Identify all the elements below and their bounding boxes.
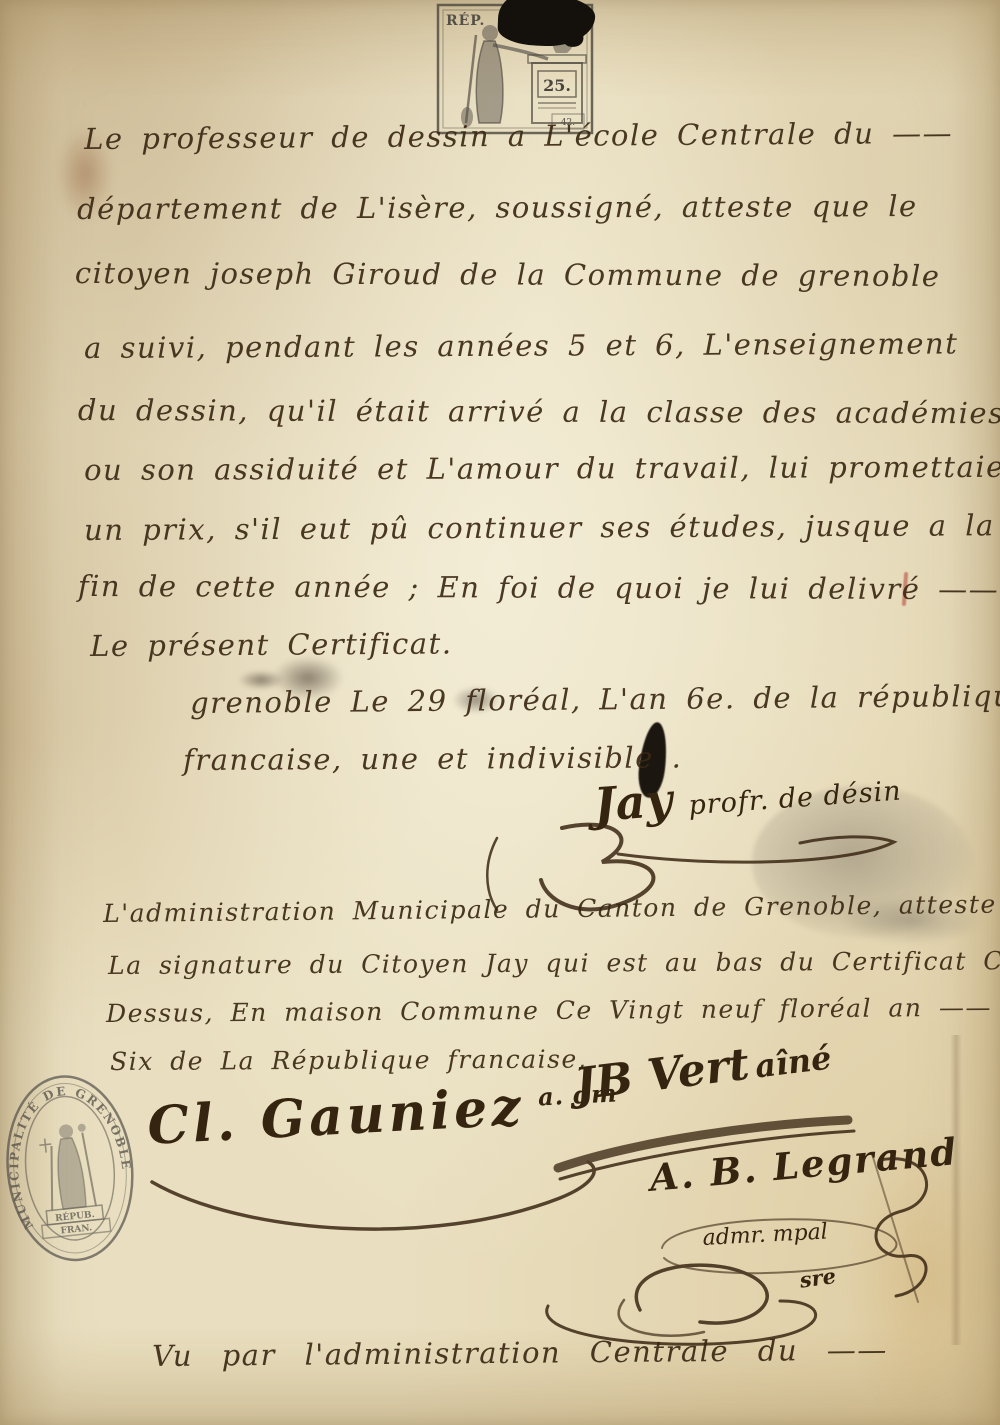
- stamp-header-text: RÉP.: [446, 11, 485, 29]
- gauniez-signature-name: Cl. Gauniez: [146, 1076, 526, 1157]
- manuscript-line-7: un prix, s'il eut pû continuer ses étude…: [84, 508, 995, 547]
- secretary-signature-suffix: sre: [798, 1263, 837, 1293]
- manuscript-line-15: Six de La République francaise,: [110, 1045, 587, 1076]
- manuscript-line-3: citoyen joseph Giroud de la Commune de g…: [75, 256, 941, 293]
- seal-pedestal-text-1: RÉPUB.: [55, 1208, 96, 1224]
- manuscript-line-4: a suivi, pendant les années 5 et 6, L'en…: [84, 326, 958, 365]
- seal-pedestal: RÉPUB. FRAN.: [40, 1204, 110, 1238]
- manuscript-line-14: Dessus, En maison Commune Ce Vingt neuf …: [106, 993, 992, 1028]
- manuscript-line-6: ou son assiduité et L'amour du travail, …: [84, 450, 1000, 487]
- manuscript-line-1: Le professeur de dessin a L'école Centra…: [84, 116, 953, 156]
- vert-signature: JB Vertaîné: [572, 1029, 834, 1111]
- gauniez-swoosh: [152, 1162, 594, 1229]
- municipal-seal: MUNICIPALITÉ DE GRENOBLE RÉPUB. FRAN.: [0, 1063, 150, 1274]
- stamp-denomination: 25.: [543, 76, 571, 95]
- manuscript-line-9: Le présent Certificat.: [90, 626, 453, 663]
- altar-icon: 25. 42.: [528, 36, 586, 129]
- manuscript-line-8: fin de cette année ; En foi de quoi je l…: [78, 569, 999, 606]
- gauniez-signature: Cl. Gaunieza. dm: [146, 1071, 619, 1157]
- manuscript-line-16: Vu par l'administration Centrale du ——: [152, 1333, 888, 1373]
- manuscript-line-10: grenoble Le 29 floréal, L'an 6e. de la r…: [190, 679, 1000, 720]
- manuscript-line-2: département de L'isère, soussigné, attes…: [77, 189, 918, 226]
- vert-signature-suffix: aîné: [753, 1039, 834, 1086]
- manuscript-line-13: La signature du Citoyen Jay qui est au b…: [108, 946, 1000, 980]
- manuscript-line-5: du dessin, qu'il était arrivé a la class…: [78, 393, 1000, 430]
- jay-signature-name: Jay: [592, 773, 674, 832]
- administrator-title: admr. mpal: [702, 1219, 828, 1251]
- seal-legend: MUNICIPALITÉ DE GRENOBLE: [0, 1078, 139, 1233]
- seal-pedestal-text-2: FRAN.: [60, 1223, 93, 1236]
- vert-signature-name: JB Vert: [572, 1039, 752, 1111]
- manuscript-page: RÉP. 25. 42. Le professeur de dessin a L…: [0, 0, 1000, 1425]
- black-ink-blot: [497, 0, 596, 48]
- manuscript-line-11: francaise, une et indivisible .: [183, 740, 682, 777]
- seal-figure-icon: [37, 1122, 96, 1211]
- secretary-swirl-1: [636, 1265, 767, 1323]
- secretary-swirl-3: [619, 1300, 704, 1336]
